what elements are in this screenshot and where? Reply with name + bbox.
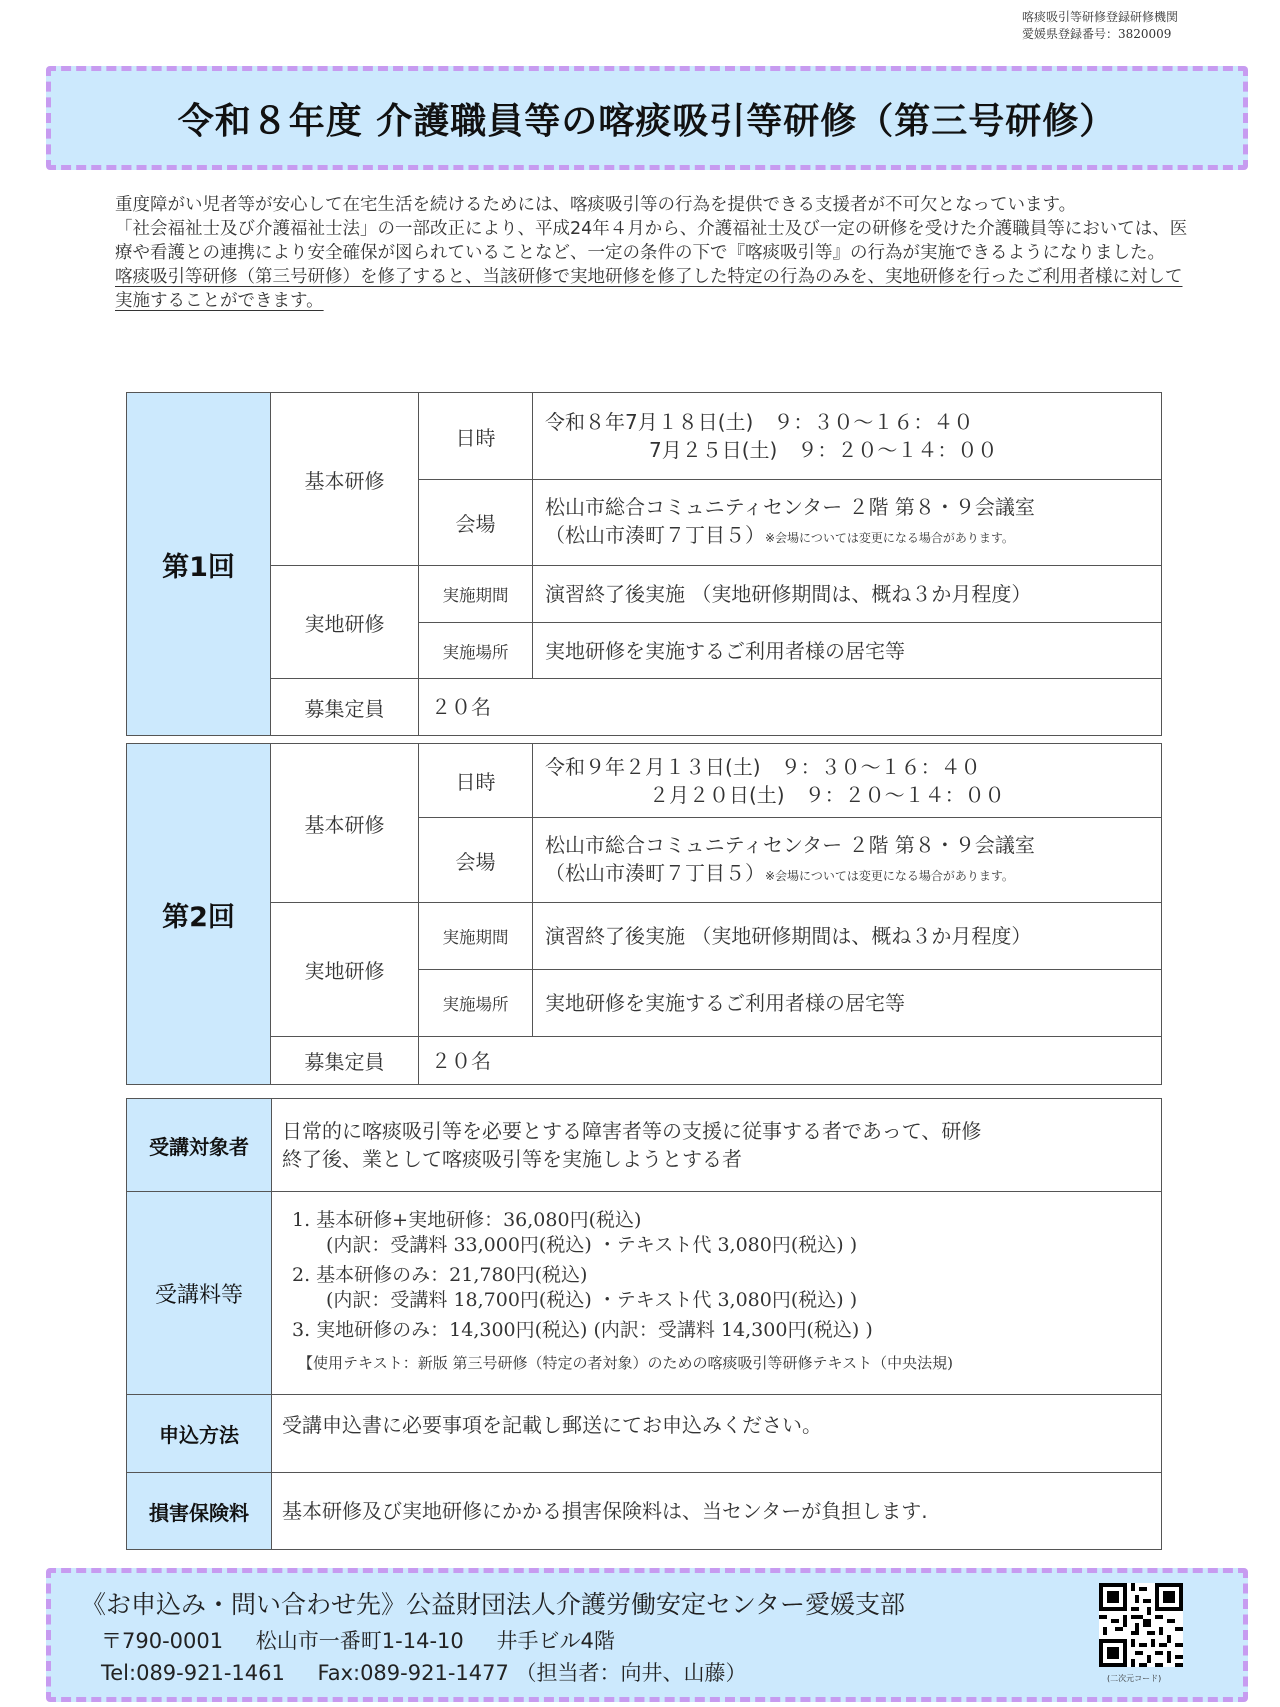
session-1-venue-name: 松山市総合コミュニティセンター ２階 第８・９会議室 (545, 493, 1161, 521)
session-2-table: 第2回 基本研修 日時 令和９年２月１３日(土) ９：３０～１６：４０ ２月２０… (126, 743, 1162, 1085)
textbook-note: 【使用テキスト：新版 第三号研修（特定の者対象）のための喀痰吸引等研修テキスト（… (292, 1343, 1161, 1376)
practical-training-label: 実地研修 (271, 566, 419, 679)
session-2-place: 実地研修を実施するご利用者様の居宅等 (533, 970, 1162, 1037)
fee-item-2: 2. 基本研修のみ：21,780円(税込) (292, 1263, 1161, 1288)
street-address: 松山市一番町1-14-10 (256, 1629, 464, 1653)
datetime-label: 日時 (419, 393, 533, 480)
basic-training-label: 基本研修 (271, 393, 419, 566)
target-value: 日常的に喀痰吸引等を必要とする障害者等の支援に従事する者であって、研修 終了後、… (272, 1099, 1162, 1192)
fee-item-1: 1. 基本研修+実地研修：36,080円(税込) (292, 1208, 1161, 1233)
page-title: 令和８年度 介護職員等の喀痰吸引等研修（第三号研修） (178, 93, 1117, 144)
session-2-label: 第2回 (127, 744, 271, 1085)
session-2-period: 演習終了後実施 （実地研修期間は、概ね３か月程度） (533, 903, 1162, 970)
session-2-venue-note: ※会場については変更になる場合があります。 (765, 869, 1014, 883)
session-1-date-1: 令和８年7月１８日(土) ９：３０～１６：４０ (545, 408, 1161, 436)
session-1-venue-address: （松山市湊町７丁目５） (545, 523, 765, 547)
practical-training-label: 実地研修 (271, 903, 419, 1037)
registration-number: 愛媛県登録番号：3820009 (1022, 26, 1178, 43)
title-banner: 令和８年度 介護職員等の喀痰吸引等研修（第三号研修） (46, 66, 1248, 170)
session-1-venue-note: ※会場については変更になる場合があります。 (765, 531, 1014, 545)
session-2-venue-address: （松山市湊町７丁目５） (545, 861, 765, 885)
intro-paragraph-2: 「社会福祉士及び介護福祉士法」の一部改正により、平成24年４月から、介護福祉士及… (115, 217, 1195, 265)
session-1-place: 実地研修を実施するご利用者様の居宅等 (533, 623, 1162, 679)
contact-address: 〒790-0001 松山市一番町1-14-10 井手ビル4階 (101, 1625, 615, 1655)
intro-text: 重度障がい児者等が安心して在宅生活を続けるためには、喀痰吸引等の行為を提供できる… (115, 193, 1195, 313)
period-label: 実施期間 (419, 903, 533, 970)
session-2-venue-name: 松山市総合コミュニティセンター ２階 第８・９会議室 (545, 831, 1161, 859)
registration-line-1: 喀痰吸引等研修登録研修機関 (1022, 9, 1178, 26)
fees-value: 1. 基本研修+実地研修：36,080円(税込) (内訳：受講料 33,000円… (272, 1192, 1162, 1395)
session-1-venue: 松山市総合コミュニティセンター ２階 第８・９会議室 （松山市湊町７丁目５）※会… (533, 480, 1162, 566)
place-label: 実施場所 (419, 970, 533, 1037)
building-name: 井手ビル4階 (496, 1629, 614, 1653)
place-label: 実施場所 (419, 623, 533, 679)
session-2-date-1: 令和９年２月１３日(土) ９：３０～１６：４０ (545, 753, 1161, 781)
intro-paragraph-3: 喀痰吸引等研修（第三号研修）を修了すると、当該研修で実地研修を修了した特定の行為… (115, 265, 1195, 313)
session-1-capacity: ２０名 (419, 679, 1162, 736)
contact-box: 《お申込み・問い合わせ先》公益財団法人介護労働安定センター愛媛支部 〒790-0… (46, 1568, 1248, 1702)
info-table: 受講対象者 日常的に喀痰吸引等を必要とする障害者等の支援に従事する者であって、研… (126, 1098, 1162, 1550)
apply-value: 受講申込書に必要事項を記載し郵送にてお申込みください。 (272, 1395, 1162, 1473)
contact-person: （担当者：向井、山藤） (516, 1661, 747, 1685)
venue-label: 会場 (419, 480, 533, 566)
session-2-datetime: 令和９年２月１３日(土) ９：３０～１６：４０ ２月２０日(土) ９：２０～１４… (533, 744, 1162, 818)
capacity-label: 募集定員 (271, 679, 419, 736)
session-1-label: 第1回 (127, 393, 271, 736)
period-label: 実施期間 (419, 566, 533, 623)
contact-heading: 《お申込み・問い合わせ先》公益財団法人介護労働安定センター愛媛支部 (81, 1585, 905, 1621)
fax-number: Fax:089-921-1477 (318, 1661, 509, 1685)
fee-item-3: 3. 実地研修のみ：14,300円(税込) (内訳：受講料 14,300円(税込… (292, 1318, 1161, 1343)
target-line-2: 終了後、業として喀痰吸引等を実施しようとする者 (282, 1145, 1161, 1173)
intro-paragraph-1: 重度障がい児者等が安心して在宅生活を続けるためには、喀痰吸引等の行為を提供できる… (115, 193, 1195, 217)
apply-label: 申込方法 (127, 1395, 272, 1473)
tel-number[interactable]: Tel:089-921-1461 (101, 1661, 285, 1685)
session-1-datetime: 令和８年7月１８日(土) ９：３０～１６：４０ 7月２５日(土) ９：２０～１４… (533, 393, 1162, 480)
datetime-label: 日時 (419, 744, 533, 818)
registration-info: 喀痰吸引等研修登録研修機関 愛媛県登録番号：3820009 (1022, 9, 1178, 43)
venue-label: 会場 (419, 818, 533, 903)
target-label: 受講対象者 (127, 1099, 272, 1192)
qr-caption: (二次元コード) (1107, 1673, 1161, 1684)
qr-code-icon[interactable] (1099, 1583, 1183, 1667)
fees-label: 受講料等 (127, 1192, 272, 1395)
basic-training-label: 基本研修 (271, 744, 419, 903)
target-line-1: 日常的に喀痰吸引等を必要とする障害者等の支援に従事する者であって、研修 (282, 1117, 1161, 1145)
contact-phone: Tel:089-921-1461 Fax:089-921-1477 （担当者：向… (101, 1657, 747, 1687)
session-2-date-2: ２月２０日(土) ９：２０～１４：００ (545, 781, 1161, 809)
postal-code: 〒790-0001 (101, 1629, 223, 1653)
fee-item-1-detail: (内訳：受講料 33,000円(税込) ・テキスト代 3,080円(税込) ) (292, 1233, 1161, 1258)
session-1-period: 演習終了後実施 （実地研修期間は、概ね３か月程度） (533, 566, 1162, 623)
session-2-venue: 松山市総合コミュニティセンター ２階 第８・９会議室 （松山市湊町７丁目５）※会… (533, 818, 1162, 903)
insurance-value: 基本研修及び実地研修にかかる損害保険料は、当センターが負担します. (272, 1473, 1162, 1550)
capacity-label: 募集定員 (271, 1037, 419, 1085)
insurance-label: 損害保険料 (127, 1473, 272, 1550)
fee-item-2-detail: (内訳：受講料 18,700円(税込) ・テキスト代 3,080円(税込) ) (292, 1288, 1161, 1313)
session-1-date-2: 7月２５日(土) ９：２０～１４：００ (545, 436, 1161, 464)
session-1-table: 第1回 基本研修 日時 令和８年7月１８日(土) ９：３０～１６：４０ 7月２５… (126, 392, 1162, 736)
session-2-capacity: ２０名 (419, 1037, 1162, 1085)
